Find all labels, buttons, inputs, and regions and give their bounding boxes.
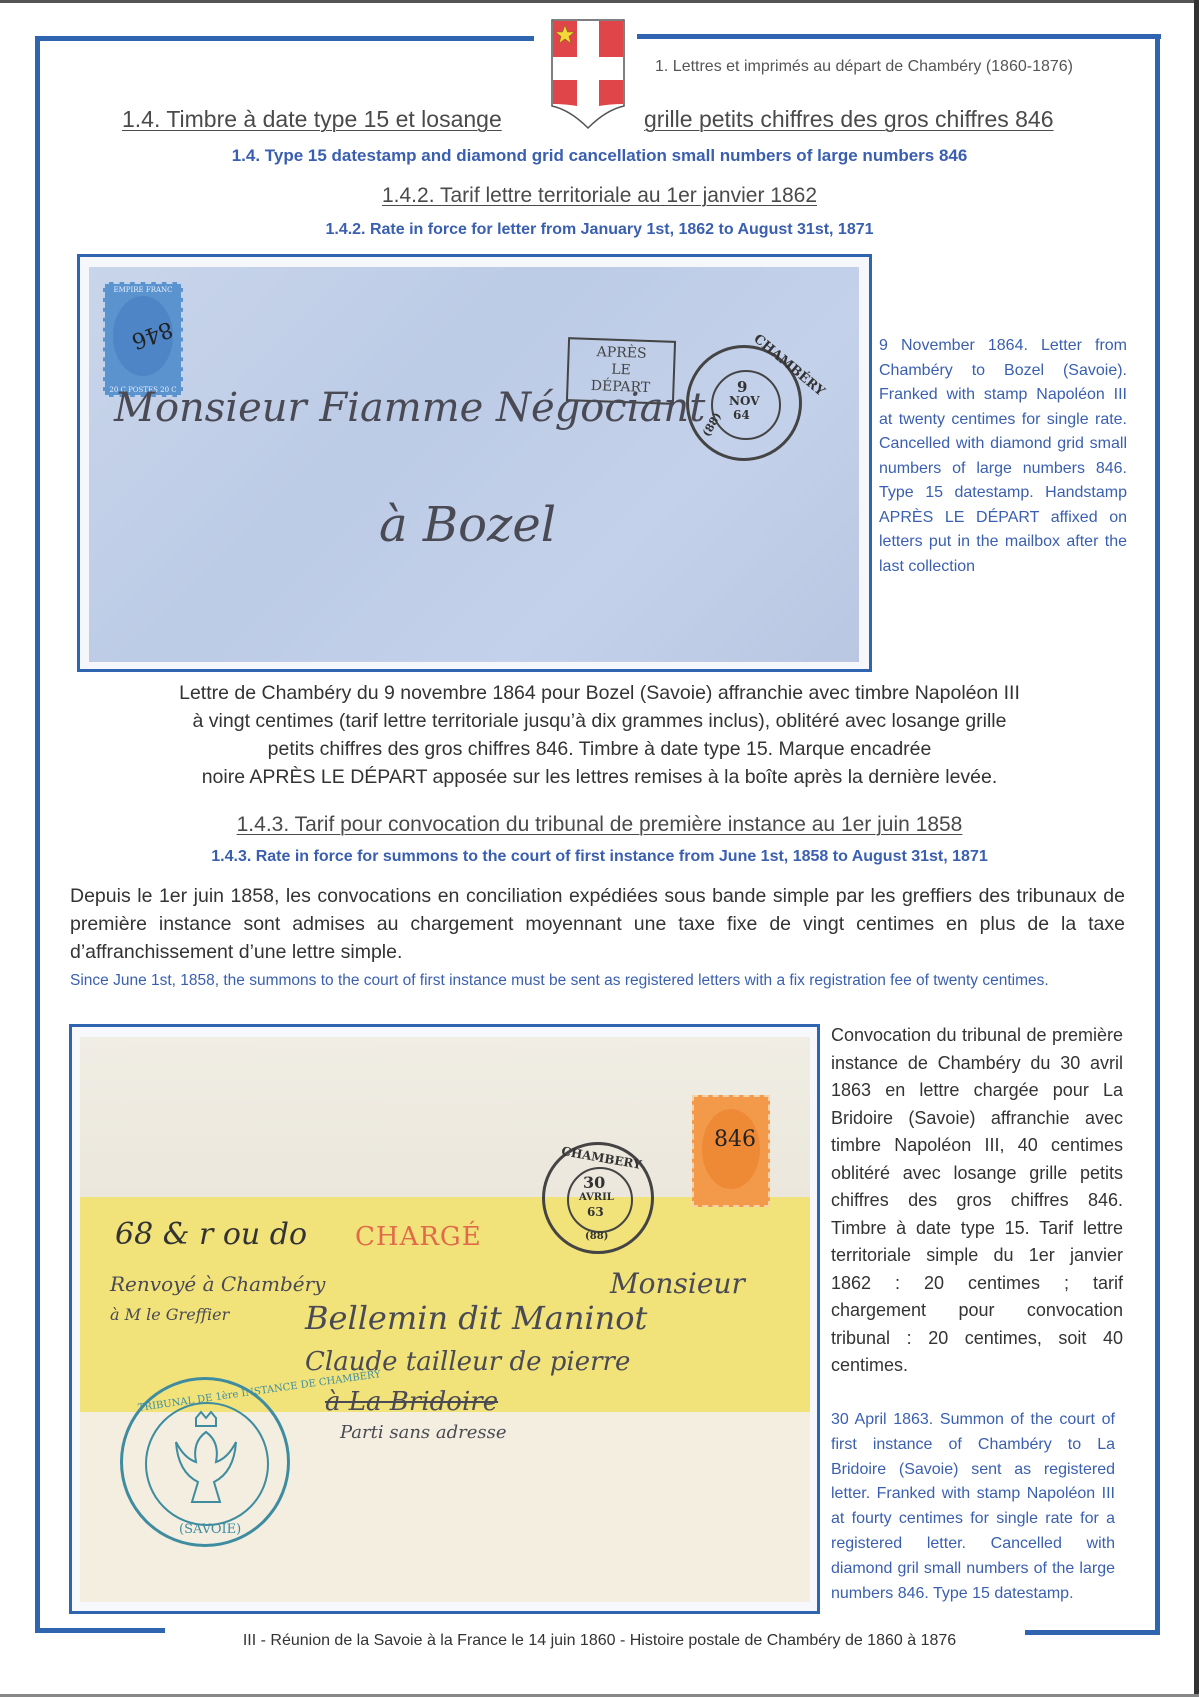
page-footer: III - Réunion de la Savoie à la France l… [0, 1632, 1199, 1650]
frame-border-top-right [637, 34, 1161, 39]
cover-image-bozel-letter: EMPIRE FRANC 20 C POSTES 20 C 846 APRÈS … [77, 254, 872, 672]
description-line: petits chiffres des gros chiffres 846. T… [0, 736, 1199, 764]
seal-bottom-text: (SAVOIE) [179, 1522, 241, 1537]
section-142-subtitle-en: 1.4.2. Rate in force for letter from Jan… [0, 221, 1199, 239]
cover-1-note-en: 9 November 1864. Letter from Chambéry to… [879, 334, 1127, 579]
charge-registered-mark: CHARGÉ [355, 1222, 482, 1252]
sender-line: à M le Greffier [110, 1305, 229, 1324]
cover-2-note-fr: Convocation du tribunal de première inst… [831, 1022, 1123, 1380]
description-line: à vingt centimes (tarif lettre territori… [0, 708, 1199, 736]
imperial-eagle-icon [171, 1410, 241, 1510]
cover-envelope: EMPIRE FRANC 20 C POSTES 20 C 846 APRÈS … [89, 267, 859, 662]
address-line: à La Bridoire [325, 1387, 498, 1417]
napoleon-20c-blue-stamp: EMPIRE FRANC 20 C POSTES 20 C 846 [103, 282, 183, 397]
section-142-title: 1.4.2. Tarif lettre territoriale au 1er … [0, 184, 1199, 208]
page-subtitle-en: 1.4. Type 15 datestamp and diamond grid … [0, 146, 1199, 166]
section-143-intro-fr: Depuis le 1er juin 1858, les convocation… [70, 882, 1125, 966]
cover-envelope: 846 CHAMBERY 30 AVRIL 63 (88) CHARGÉ 68 … [80, 1037, 810, 1602]
sender-line: Renvoyé à Chambéry [110, 1272, 325, 1296]
datestamp-dept: (88) [585, 1231, 608, 1242]
tribunal-seal-stamp: TRIBUNAL DE 1ère INSTANCE DE CHAMBÉRY (S… [120, 1377, 290, 1547]
frame-border-top-left [38, 36, 534, 41]
savoie-cross-shield-icon [550, 18, 626, 130]
description-line: noire APRÈS LE DÉPART apposée sur les le… [0, 764, 1199, 792]
address-line: Parti sans adresse [340, 1422, 507, 1443]
cancel-number: 846 [714, 1127, 756, 1152]
section-143-title: 1.4.3. Tarif pour convocation du tribuna… [0, 813, 1199, 837]
scan-edge-top [0, 0, 1199, 3]
page-title-right: grille petits chiffres des gros chiffres… [644, 106, 1054, 133]
manuscript-number: 68 & r ou do [115, 1217, 307, 1252]
address-line: Bellemin dit Maninot [305, 1299, 647, 1337]
datestamp-year: 63 [587, 1205, 604, 1219]
description-line: Lettre de Chambéry du 9 novembre 1864 po… [0, 680, 1199, 708]
section-143-intro-en: Since June 1st, 1858, the summons to the… [70, 968, 1125, 993]
datestamp-month: NOV [729, 394, 760, 408]
napoleon-40c-orange-stamp: 846 [692, 1095, 770, 1207]
section-143-subtitle-en: 1.4.3. Rate in force for summons to the … [0, 848, 1199, 866]
handwritten-address: Monsieur Fiamme Négociant [114, 385, 705, 431]
cover-image-tribunal-summons: 846 CHAMBERY 30 AVRIL 63 (88) CHARGÉ 68 … [69, 1024, 820, 1614]
datestamp-month: AVRIL [579, 1192, 614, 1203]
page-title-left: 1.4. Timbre à date type 15 et losange [122, 106, 502, 133]
chapter-label: 1. Lettres et imprimés au départ de Cham… [655, 58, 1073, 76]
datestamp-year: 64 [733, 408, 750, 422]
address-line: Monsieur [610, 1267, 745, 1300]
cover-2-note-en: 30 April 1863. Summon of the court of fi… [831, 1408, 1115, 1606]
handwritten-destination: à Bozel [379, 497, 556, 553]
stamp-top-text: EMPIRE FRANC [105, 286, 181, 294]
datestamp-day: 30 [583, 1173, 605, 1192]
chambery-datestamp: CHAMBERY 30 AVRIL 63 (88) [542, 1142, 654, 1254]
